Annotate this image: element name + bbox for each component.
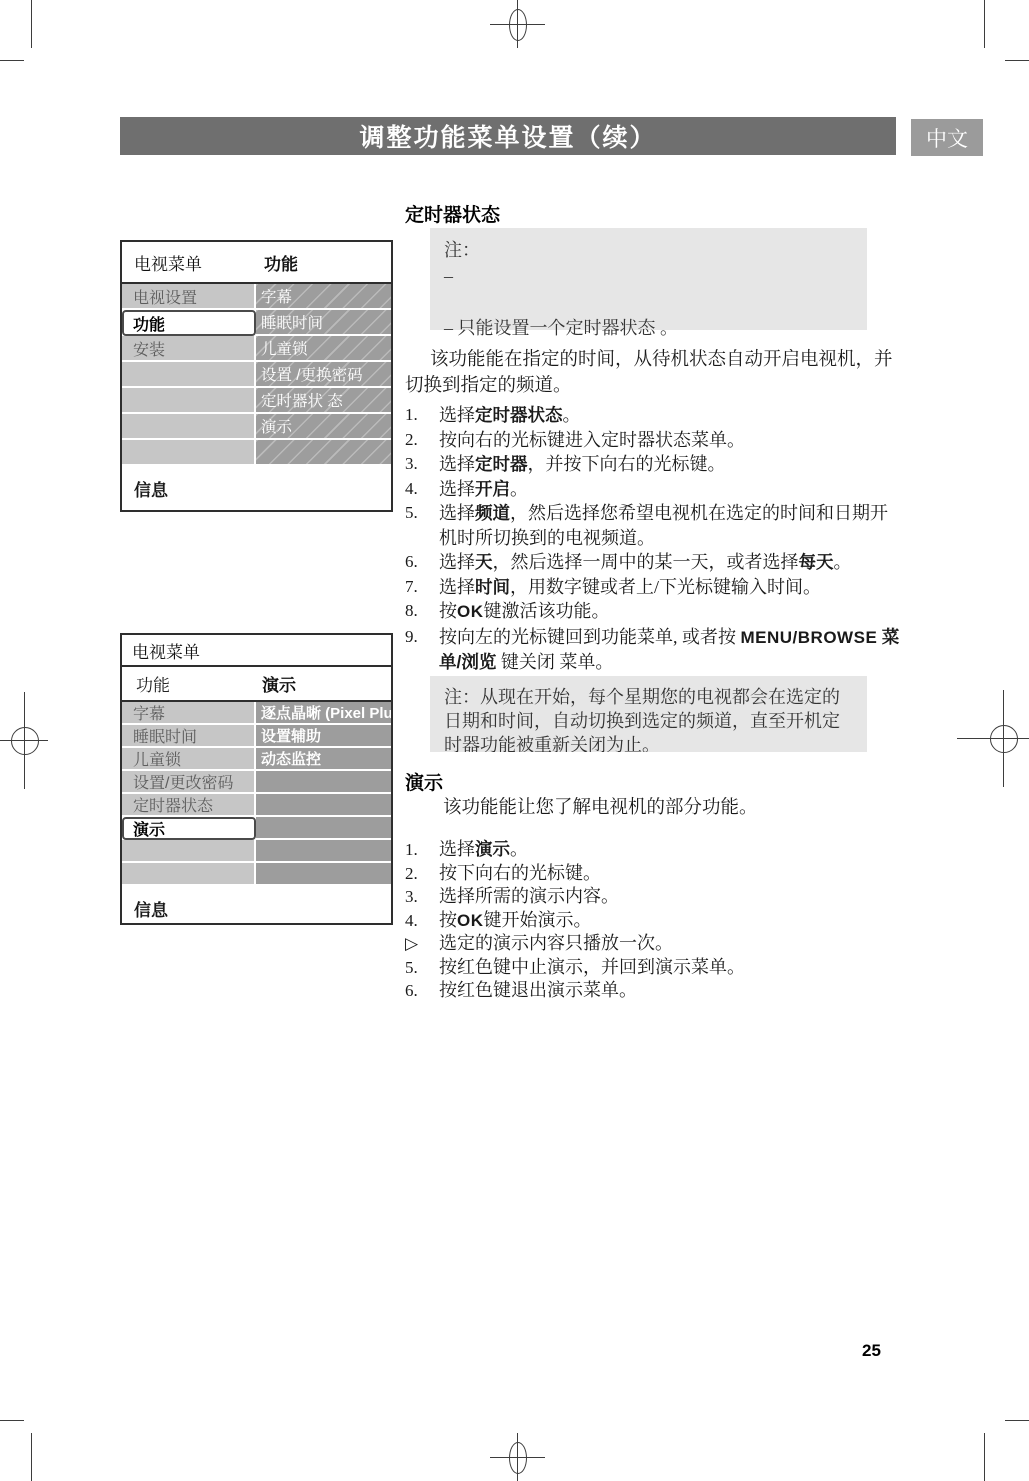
step-text: 按OK键开始演示。 bbox=[439, 909, 905, 933]
step-text: 按下向右的光标键。 bbox=[439, 862, 905, 886]
instruction-step: 1.选择定时器状态。 bbox=[405, 403, 905, 428]
menu-row bbox=[122, 440, 391, 466]
text-run: 选择 bbox=[439, 454, 475, 474]
text-run: 选择 bbox=[439, 839, 475, 859]
text-run: 选择所需的演示内容。 bbox=[439, 886, 619, 906]
step-text: 选择所需的演示内容。 bbox=[439, 885, 905, 909]
menu-row: 功能睡眠时间 bbox=[122, 310, 391, 336]
step-text: 选择时间，用数字键或者上/下光标键输入时间。 bbox=[439, 575, 905, 600]
submenu-title: 演示 bbox=[256, 671, 296, 696]
note-box-weekly: 注：从现在开始，每个星期您的电视都会在选定的日期和时间，自动切换到选定的频道，直… bbox=[430, 676, 867, 752]
menu-item: 睡眠时间 bbox=[122, 725, 256, 748]
step-marker: ▷ bbox=[405, 932, 439, 956]
crop-mark-top-left-horizontal bbox=[0, 60, 24, 61]
instruction-step: 2.按向右的光标键进入定时器状态菜单。 bbox=[405, 428, 905, 453]
step-text: 按OK键激活该功能。 bbox=[439, 599, 905, 625]
submenu-item bbox=[256, 863, 391, 886]
instruction-step: ▷选定的演示内容只播放一次。 bbox=[405, 932, 905, 956]
submenu-item: 儿童锁 bbox=[256, 336, 391, 362]
note-line: – 只能设置一个定时器状态 。 bbox=[444, 315, 853, 341]
tv-menu-info-label: 信息 bbox=[122, 466, 391, 510]
text-run: 键激活该功能。 bbox=[484, 601, 610, 621]
menu-item bbox=[122, 414, 256, 440]
step-marker: 2. bbox=[405, 862, 439, 886]
step-text: 选择演示。 bbox=[439, 838, 905, 862]
crop-mark-top-right-vertical bbox=[984, 0, 985, 48]
submenu-item bbox=[256, 817, 391, 840]
emphasized-term: 定时器状态 bbox=[475, 405, 563, 425]
submenu-item bbox=[256, 440, 391, 466]
instruction-step: 4.选择开启。 bbox=[405, 477, 905, 502]
step-text: 选择定时器状态。 bbox=[439, 403, 905, 428]
step-marker: 3. bbox=[405, 452, 439, 477]
emphasized-term: MENU/BROWSE bbox=[741, 628, 878, 647]
text-run: 键开始演示。 bbox=[484, 910, 592, 930]
emphasized-term: OK bbox=[457, 602, 484, 621]
step-marker: 4. bbox=[405, 477, 439, 502]
menu-row: 睡眠时间设置辅助 bbox=[122, 725, 391, 748]
emphasized-term: 定时器 bbox=[475, 454, 528, 474]
text-run: 按向左的光标键回到功能菜单, 或者按 bbox=[439, 627, 741, 647]
menu-row: 定时器状态 bbox=[122, 794, 391, 817]
instruction-step: 5.选择频道，然后选择您希望电视机在选定的时间和日期开机时所切换到的电视频道。 bbox=[405, 501, 905, 550]
instruction-step: 3.选择所需的演示内容。 bbox=[405, 885, 905, 909]
menu-row bbox=[122, 863, 391, 886]
text-run: 按向右的光标键进入定时器状态菜单。 bbox=[439, 430, 745, 450]
demo-intro-paragraph: 该功能能让您了解电视机的部分功能。 bbox=[405, 795, 893, 821]
text-run: 按红色键中止演示，并回到演示菜单。 bbox=[439, 957, 745, 977]
text-run: 按下向右的光标键。 bbox=[439, 863, 601, 883]
instruction-step: 4.按OK键开始演示。 bbox=[405, 909, 905, 933]
step-text: 选择定时器，并按下向右的光标键。 bbox=[439, 452, 905, 477]
step-marker: 7. bbox=[405, 575, 439, 600]
menu-item: 安装 bbox=[122, 336, 256, 362]
emphasized-term: 天 bbox=[475, 552, 493, 572]
text-run: 。 bbox=[510, 839, 528, 859]
instruction-step: 5.按红色键中止演示，并回到演示菜单。 bbox=[405, 956, 905, 980]
text-run: 选择 bbox=[439, 405, 475, 425]
tv-menu-screenshot-1: 电视菜单 功能 电视设置字幕功能睡眠时间安装儿童锁设置 /更换密码定时器状 态演… bbox=[120, 240, 393, 512]
step-text: 选择频道，然后选择您希望电视机在选定的时间和日期开机时所切换到的电视频道。 bbox=[439, 501, 905, 550]
step-marker: 5. bbox=[405, 501, 439, 550]
submenu-parent-label: 功能 bbox=[122, 671, 256, 696]
menu-row: 设置 /更换密码 bbox=[122, 362, 391, 388]
manual-page: 调整功能菜单设置（续） 中文 电视菜单 功能 电视设置字幕功能睡眠时间安装儿童锁… bbox=[0, 0, 1029, 1481]
text-run: ，并按下向右的光标键。 bbox=[528, 454, 726, 474]
tv-menu-title: 电视菜单 bbox=[122, 250, 256, 275]
text-run: 。 bbox=[563, 405, 581, 425]
menu-row: 安装儿童锁 bbox=[122, 336, 391, 362]
step-marker: 5. bbox=[405, 956, 439, 980]
step-marker: 6. bbox=[405, 550, 439, 575]
timer-step-list: 1.选择定时器状态。2.按向右的光标键进入定时器状态菜单。3.选择定时器，并按下… bbox=[405, 403, 905, 675]
menu-row bbox=[122, 840, 391, 863]
note-line: – bbox=[444, 263, 853, 289]
submenu-item: 睡眠时间 bbox=[256, 310, 391, 336]
page-number: 25 bbox=[862, 1341, 881, 1361]
instruction-step: 7.选择时间，用数字键或者上/下光标键输入时间。 bbox=[405, 575, 905, 600]
crop-mark-bottom-left-vertical bbox=[31, 1433, 32, 1481]
text-run: 。 bbox=[510, 479, 528, 499]
tv-menu-rows: 电视设置字幕功能睡眠时间安装儿童锁设置 /更换密码定时器状 态演示 bbox=[122, 284, 391, 466]
crop-mark-top-right-horizontal bbox=[1005, 60, 1029, 61]
step-marker: 3. bbox=[405, 885, 439, 909]
crop-mark-bottom-left-horizontal bbox=[0, 1420, 24, 1421]
step-marker: 2. bbox=[405, 428, 439, 453]
step-marker: 1. bbox=[405, 838, 439, 862]
tv-menu-header: 电视菜单 功能 bbox=[122, 242, 391, 284]
registration-mark-bottom-ellipse bbox=[509, 1442, 527, 1474]
menu-item: 儿童锁 bbox=[122, 748, 256, 771]
text-run: 键关闭 菜单。 bbox=[496, 652, 613, 672]
submenu-item: 逐点晶晰 (Pixel Plus) bbox=[256, 702, 391, 725]
text-run: 选择 bbox=[439, 479, 475, 499]
submenu-item bbox=[256, 771, 391, 794]
registration-mark-right-circle bbox=[990, 725, 1018, 753]
section-heading-timer-status: 定时器状态 bbox=[405, 200, 500, 227]
tv-menu-screenshot-2: 电视菜单 功能 演示 字幕逐点晶晰 (Pixel Plus)睡眠时间设置辅助儿童… bbox=[120, 633, 393, 925]
emphasized-term: 时间 bbox=[475, 577, 510, 597]
menu-row: 儿童锁动态监控 bbox=[122, 748, 391, 771]
text-run: 。 bbox=[834, 552, 852, 572]
menu-item: 电视设置 bbox=[122, 284, 256, 310]
menu-row: 字幕逐点晶晰 (Pixel Plus) bbox=[122, 702, 391, 725]
instruction-step: 3.选择定时器，并按下向右的光标键。 bbox=[405, 452, 905, 477]
note-line: 注： bbox=[444, 237, 853, 263]
submenu-title: 功能 bbox=[256, 250, 298, 275]
submenu-item: 字幕 bbox=[256, 284, 391, 310]
menu-item bbox=[122, 388, 256, 414]
submenu-item: 演示 bbox=[256, 414, 391, 440]
step-text: 按红色键退出演示菜单。 bbox=[439, 979, 905, 1003]
menu-row: 演示 bbox=[122, 817, 391, 840]
submenu-item: 动态监控 bbox=[256, 748, 391, 771]
text-run: 按红色键退出演示菜单。 bbox=[439, 980, 637, 1000]
menu-item-selected: 功能 bbox=[122, 310, 256, 336]
submenu-item: 设置 /更换密码 bbox=[256, 362, 391, 388]
menu-item: 设置/更改密码 bbox=[122, 771, 256, 794]
text-run: 选择 bbox=[439, 577, 475, 597]
menu-row: 电视设置字幕 bbox=[122, 284, 391, 310]
page-header-bar: 调整功能菜单设置（续） bbox=[120, 117, 896, 155]
step-text: 按向右的光标键进入定时器状态菜单。 bbox=[439, 428, 905, 453]
section-heading-demo: 演示 bbox=[405, 768, 443, 795]
menu-row: 演示 bbox=[122, 414, 391, 440]
menu-row: 设置/更改密码 bbox=[122, 771, 391, 794]
menu-item bbox=[122, 840, 256, 863]
submenu-item: 设置辅助 bbox=[256, 725, 391, 748]
tv-menu-rows: 字幕逐点晶晰 (Pixel Plus)睡眠时间设置辅助儿童锁动态监控设置/更改密… bbox=[122, 702, 391, 886]
instruction-step: 9.按向左的光标键回到功能菜单, 或者按 MENU/BROWSE 菜单/浏览 键… bbox=[405, 625, 905, 675]
demo-step-list: 1.选择演示。2.按下向右的光标键。3.选择所需的演示内容。4.按OK键开始演示… bbox=[405, 838, 905, 1003]
step-text: 选定的演示内容只播放一次。 bbox=[439, 932, 905, 956]
crop-mark-bottom-right-horizontal bbox=[1005, 1420, 1029, 1421]
menu-item bbox=[122, 863, 256, 886]
tv-menu-title: 电视菜单 bbox=[122, 635, 391, 667]
emphasized-term: 每天 bbox=[799, 552, 834, 572]
instruction-step: 6.按红色键退出演示菜单。 bbox=[405, 979, 905, 1003]
tv-menu-info-label: 信息 bbox=[122, 886, 391, 923]
menu-item bbox=[122, 440, 256, 466]
step-marker: 9. bbox=[405, 625, 439, 675]
submenu-item bbox=[256, 840, 391, 863]
step-marker: 8. bbox=[405, 599, 439, 625]
submenu-item: 定时器状 态 bbox=[256, 388, 391, 414]
step-marker: 1. bbox=[405, 403, 439, 428]
instruction-step: 2.按下向右的光标键。 bbox=[405, 862, 905, 886]
text-run: 按 bbox=[439, 601, 457, 621]
emphasized-term: 频道 bbox=[475, 503, 510, 523]
text-run: 选择 bbox=[439, 503, 475, 523]
step-text: 选择天，然后选择一周中的某一天，或者选择每天。 bbox=[439, 550, 905, 575]
menu-item bbox=[122, 362, 256, 388]
step-text: 选择开启。 bbox=[439, 477, 905, 502]
text-run: 选定的演示内容只播放一次。 bbox=[439, 933, 673, 953]
step-text: 按向左的光标键回到功能菜单, 或者按 MENU/BROWSE 菜单/浏览 键关闭… bbox=[439, 625, 905, 675]
crop-mark-top-left-vertical bbox=[31, 0, 32, 48]
registration-mark-left-circle bbox=[11, 727, 39, 755]
note-box-timer: 注：– – 只能设置一个定时器状态 。 bbox=[430, 228, 867, 330]
step-text: 按红色键中止演示，并回到演示菜单。 bbox=[439, 956, 905, 980]
emphasized-term: 开启 bbox=[475, 479, 510, 499]
tv-menu-subheader: 功能 演示 bbox=[122, 667, 391, 702]
note-line bbox=[444, 289, 853, 315]
menu-item: 字幕 bbox=[122, 702, 256, 725]
note-lines: 注：– – 只能设置一个定时器状态 。 bbox=[444, 237, 853, 341]
step-marker: 6. bbox=[405, 979, 439, 1003]
emphasized-term: OK bbox=[457, 911, 484, 930]
page-title: 调整功能菜单设置（续） bbox=[359, 118, 656, 154]
text-run: 选择 bbox=[439, 552, 475, 572]
language-badge: 中文 bbox=[911, 119, 983, 156]
instruction-step: 8.按OK键激活该功能。 bbox=[405, 599, 905, 625]
crop-mark-bottom-right-vertical bbox=[984, 1433, 985, 1481]
step-marker: 4. bbox=[405, 909, 439, 933]
text-run: ，然后选择一周中的某一天，或者选择 bbox=[493, 552, 799, 572]
emphasized-term: 演示 bbox=[475, 839, 510, 859]
text-run: 按 bbox=[439, 910, 457, 930]
text-run: ，用数字键或者上/下光标键输入时间。 bbox=[510, 577, 821, 597]
menu-row: 定时器状 态 bbox=[122, 388, 391, 414]
timer-intro-paragraph: 该功能能在指定的时间，从待机状态自动开启电视机，并切换到指定的频道。 bbox=[405, 347, 893, 399]
menu-item: 定时器状态 bbox=[122, 794, 256, 817]
instruction-step: 6.选择天，然后选择一周中的某一天，或者选择每天。 bbox=[405, 550, 905, 575]
submenu-item bbox=[256, 794, 391, 817]
menu-item-selected: 演示 bbox=[122, 817, 256, 840]
instruction-step: 1.选择演示。 bbox=[405, 838, 905, 862]
registration-mark-top-ellipse bbox=[509, 9, 527, 41]
